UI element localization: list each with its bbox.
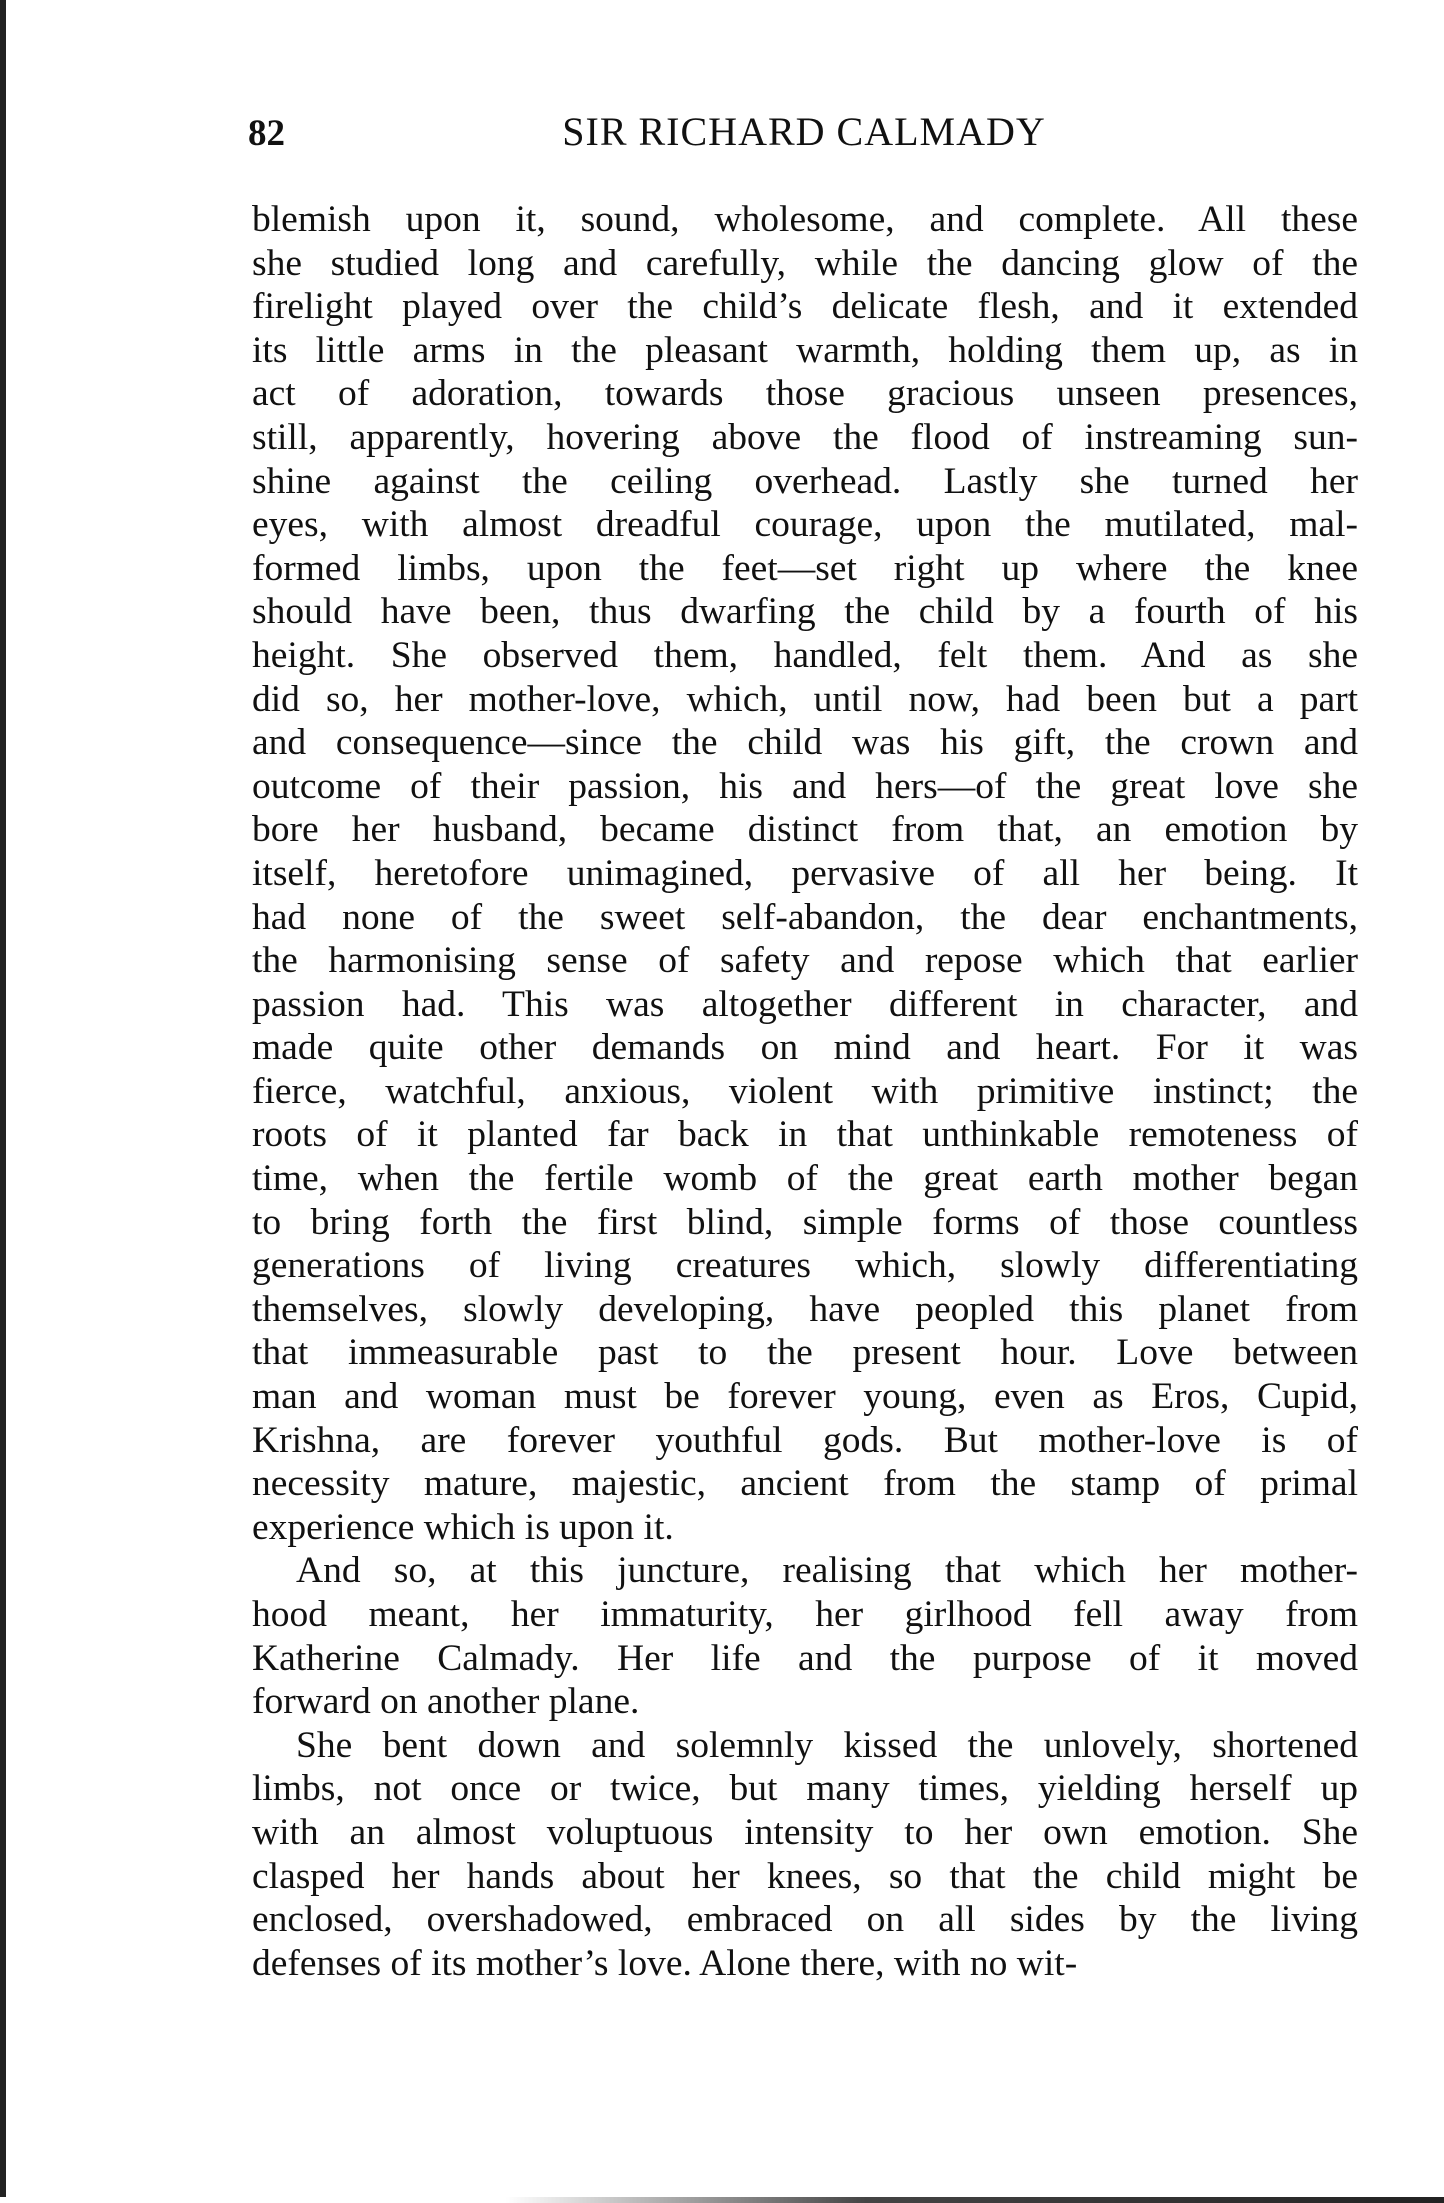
text-line: man and woman must be forever young, eve… (252, 1375, 1358, 1419)
text-line: time, when the fertile womb of the great… (252, 1157, 1358, 1201)
text-line: forward on another plane. (252, 1680, 1358, 1724)
text-line: act of adoration, towards those gracious… (252, 372, 1358, 416)
text-line: with an almost voluptuous intensity to h… (252, 1811, 1358, 1855)
paragraph: And so, at this juncture, realising that… (252, 1549, 1358, 1723)
text-line: experience which is upon it. (252, 1506, 1358, 1550)
text-line: formed limbs, upon the feet—set right up… (252, 547, 1358, 591)
text-line: Krishna, are forever youthful gods. But … (252, 1419, 1358, 1463)
text-line: necessity mature, majestic, ancient from… (252, 1462, 1358, 1506)
text-line: should have been, thus dwarfing the chil… (252, 590, 1358, 634)
text-line: made quite other demands on mind and hea… (252, 1026, 1358, 1070)
text-line: to bring forth the first blind, simple f… (252, 1201, 1358, 1245)
page-body: blemish upon it, sound, wholesome, and c… (252, 198, 1358, 1985)
text-line: still, apparently, hovering above the fl… (252, 416, 1358, 460)
text-line: clasped her hands about her knees, so th… (252, 1855, 1358, 1899)
text-line: passion had. This was altogether differe… (252, 983, 1358, 1027)
text-line: Katherine Calmady. Her life and the purp… (252, 1637, 1358, 1681)
text-line: had none of the sweet self-abandon, the … (252, 896, 1358, 940)
text-line: fierce, watchful, anxious, violent with … (252, 1070, 1358, 1114)
text-line: enclosed, overshadowed, embraced on all … (252, 1898, 1358, 1942)
text-line: roots of it planted far back in that unt… (252, 1113, 1358, 1157)
running-title: SIR RICHARD CALMADY (248, 108, 1360, 155)
text-line: defenses of its mother’s love. Alone the… (252, 1942, 1358, 1986)
text-line: height. She observed them, handled, felt… (252, 634, 1358, 678)
paragraph: blemish upon it, sound, wholesome, and c… (252, 198, 1358, 1549)
text-line: the harmonising sense of safety and repo… (252, 939, 1358, 983)
paragraph: She bent down and solemnly kissed the un… (252, 1724, 1358, 1986)
text-line: And so, at this juncture, realising that… (252, 1549, 1358, 1593)
text-line: and consequence—since the child was his … (252, 721, 1358, 765)
text-line: outcome of their passion, his and hers—o… (252, 765, 1358, 809)
text-line: firelight played over the child’s delica… (252, 285, 1358, 329)
text-line: shine against the ceiling overhead. Last… (252, 460, 1358, 504)
text-line: limbs, not once or twice, but many times… (252, 1767, 1358, 1811)
text-line: She bent down and solemnly kissed the un… (252, 1724, 1358, 1768)
text-line: generations of living creatures which, s… (252, 1244, 1358, 1288)
text-line: eyes, with almost dreadful courage, upon… (252, 503, 1358, 547)
text-line: hood meant, her immaturity, her girlhood… (252, 1593, 1358, 1637)
text-line: bore her husband, became distinct from t… (252, 808, 1358, 852)
text-line: itself, heretofore unimagined, pervasive… (252, 852, 1358, 896)
scan-edge-bottom (0, 2197, 1444, 2203)
text-line: themselves, slowly developing, have peop… (252, 1288, 1358, 1332)
text-line: she studied long and carefully, while th… (252, 242, 1358, 286)
text-line: blemish upon it, sound, wholesome, and c… (252, 198, 1358, 242)
page-header: 82 SIR RICHARD CALMADY (248, 108, 1360, 158)
scan-edge-left (0, 0, 6, 2203)
text-line: did so, her mother-love, which, until no… (252, 678, 1358, 722)
text-line: its little arms in the pleasant warmth, … (252, 329, 1358, 373)
text-line: that immeasurable past to the present ho… (252, 1331, 1358, 1375)
